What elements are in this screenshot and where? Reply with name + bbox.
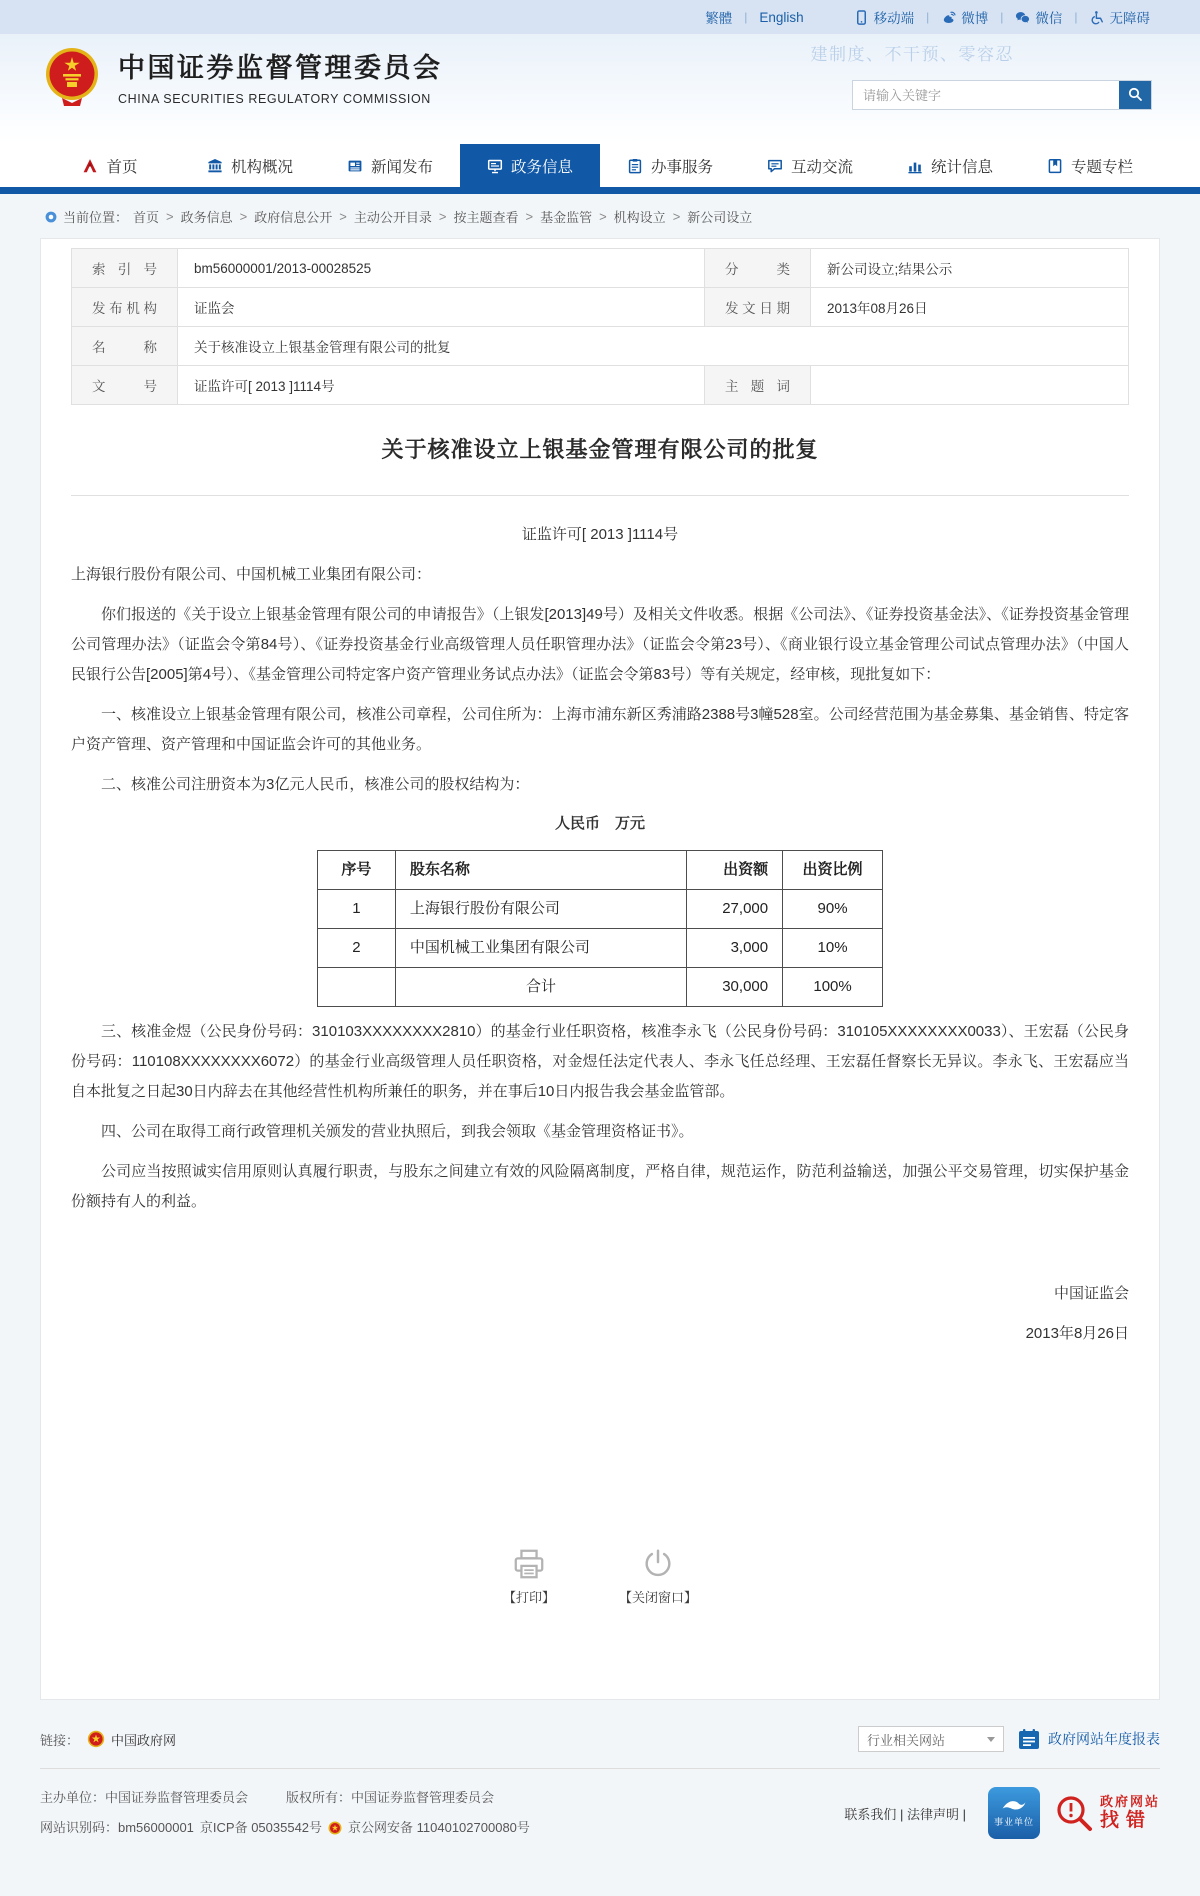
lang-traditional-link[interactable]: 繁體: [705, 7, 732, 27]
monitor-icon: [487, 158, 503, 174]
phone-icon: [854, 10, 869, 25]
news-icon: [347, 158, 363, 174]
site-header: 中国证券监督管理委员会 CHINA SECURITIES REGULATORY …: [0, 34, 1200, 144]
chevron-down-icon: [987, 1737, 995, 1742]
paragraph: 三、核准金煜（公民身份号码：310103XXXXXXXX2810）的基金行业任职…: [71, 1017, 1129, 1107]
site-code-text: 网站识别码：bm56000001: [40, 1813, 194, 1843]
nav-item-special-topics[interactable]: 专题专栏: [1020, 144, 1160, 187]
breadcrumb-link[interactable]: 机构设立: [614, 207, 666, 226]
meta-value-date: 2013年08月26日: [811, 288, 1129, 327]
weibo-link[interactable]: 微博: [941, 7, 988, 27]
footer-links-row: 链接： 中国政府网 行业相关网站 政府网站年度报表: [40, 1726, 1160, 1752]
paragraph: 公司应当按照诚实信用原则认真履行职责，与股东之间建立有效的风险隔离制度，严格自律…: [71, 1157, 1129, 1217]
site-search: [852, 80, 1152, 110]
sponsor-text: 主办单位：中国证券监督管理委员会: [40, 1783, 248, 1813]
document-card: 索引号 bm56000001/2013-00028525 分类 新公司设立;结果…: [40, 238, 1160, 1700]
meta-value-index: bm56000001/2013-00028525: [178, 249, 705, 288]
report-icon: [1018, 1728, 1040, 1750]
salutation: 上海银行股份有限公司、中国机械工业集团有限公司：: [71, 560, 1129, 590]
document-number: 证监许可[ 2013 ]1114号: [71, 520, 1129, 550]
chat-icon: [767, 158, 783, 174]
wechat-icon: [1015, 10, 1030, 25]
main-navigation: 首页 机构概况 新闻发布 政务信息 办事服务: [0, 144, 1200, 187]
industry-sites-select[interactable]: 行业相关网站: [858, 1726, 1004, 1752]
breadcrumb: 当前位置： 首页 > 政务信息 > 政府信息公开 > 主动公开目录 > 按主题查…: [40, 194, 1160, 238]
national-emblem-icon: [40, 44, 104, 108]
site-slogan: 建制度、不干预、零容忍: [811, 40, 1015, 65]
breadcrumb-link[interactable]: 政务信息: [181, 207, 233, 226]
site-subtitle: CHINA SECURITIES REGULATORY COMMISSION: [118, 92, 443, 106]
breadcrumb-link[interactable]: 政府信息公开: [254, 207, 332, 226]
document-title: 关于核准设立上银基金管理有限公司的批复: [71, 435, 1129, 465]
close-window-button[interactable]: 【关闭窗口】: [619, 1547, 697, 1606]
nav-item-about[interactable]: 机构概况: [180, 144, 320, 187]
csrc-logo-icon: [82, 158, 98, 174]
accessibility-link[interactable]: 无障碍: [1090, 7, 1151, 27]
breadcrumb-link[interactable]: 新公司设立: [687, 207, 752, 226]
topbar-divider: |: [1000, 10, 1003, 24]
table-header: 出资额: [687, 851, 783, 890]
bar-chart-icon: [907, 158, 923, 174]
meta-value-category: 新公司设立;结果公示: [811, 249, 1129, 288]
table-total-row: 合计 30,000 100%: [318, 968, 883, 1007]
wechat-link[interactable]: 微信: [1015, 7, 1062, 27]
breadcrumb-link[interactable]: 主动公开目录: [354, 207, 432, 226]
shareholder-table: 序号 股东名称 出资额 出资比例 1 上海银行股份有限公司 27,000 90%…: [317, 850, 883, 1007]
gov-site-link[interactable]: 中国政府网: [87, 1730, 176, 1749]
meta-label-date: 发文日期: [705, 288, 811, 327]
print-button[interactable]: 【打印】: [503, 1547, 555, 1606]
nav-item-services[interactable]: 办事服务: [600, 144, 740, 187]
meta-value-doc-no: 证监许可[ 2013 ]1114号: [178, 366, 705, 405]
magnifier-error-icon: [1054, 1793, 1094, 1833]
weibo-icon: [941, 10, 956, 25]
power-icon: [641, 1547, 675, 1581]
document-actions: 【打印】 【关闭窗口】: [71, 1547, 1129, 1606]
breadcrumb-link[interactable]: 按主题查看: [453, 207, 518, 226]
currency-unit-note: 人民币 万元: [71, 810, 1129, 838]
nav-item-news[interactable]: 新闻发布: [320, 144, 460, 187]
table-header: 股东名称: [395, 851, 686, 890]
national-emblem-icon: [87, 1730, 105, 1748]
meta-value-publisher: 证监会: [178, 288, 705, 327]
paragraph: 四、公司在取得工商行政管理机关颁发的营业执照后，到我会领取《基金管理资格证书》。: [71, 1117, 1129, 1147]
meta-value-subject: [811, 366, 1129, 405]
lang-english-link[interactable]: English: [759, 10, 803, 25]
meta-label-category: 分类: [705, 249, 811, 288]
nav-item-home[interactable]: 首页: [40, 144, 180, 187]
clipboard-icon: [627, 158, 643, 174]
meta-label-index: 索引号: [72, 249, 178, 288]
paragraph: 你们报送的《关于设立上银基金管理有限公司的申请报告》（上银发[2013]49号）…: [71, 600, 1129, 690]
meta-label-subject: 主题词: [705, 366, 811, 405]
breadcrumb-link[interactable]: 基金监管: [540, 207, 592, 226]
location-pin-icon: [44, 210, 58, 224]
search-button[interactable]: [1119, 81, 1151, 109]
wheelchair-icon: [1090, 10, 1105, 25]
signature-date: 2013年8月26日: [71, 1319, 1129, 1349]
mobile-link[interactable]: 移动端: [854, 7, 915, 27]
meta-label-name: 名称: [72, 327, 178, 366]
site-title: 中国证券监督管理委员会: [118, 46, 443, 85]
copyright-text: 版权所有：中国证券监督管理委员会: [286, 1783, 494, 1813]
document-meta-table: 索引号 bm56000001/2013-00028525 分类 新公司设立;结果…: [71, 248, 1129, 405]
printer-icon: [512, 1547, 546, 1581]
table-row: 1 上海银行股份有限公司 27,000 90%: [318, 890, 883, 929]
bookmark-icon: [1047, 158, 1063, 174]
institution-badge-icon: [999, 1798, 1029, 1812]
site-logo: 中国证券监督管理委员会 CHINA SECURITIES REGULATORY …: [40, 44, 443, 108]
title-divider: [71, 495, 1129, 496]
signature-org: 中国证监会: [71, 1279, 1129, 1309]
meta-label-publisher: 发布机构: [72, 288, 178, 327]
breadcrumb-prefix: 当前位置：: [63, 207, 128, 226]
contact-legal-links[interactable]: 联系我们 | 法律声明 |: [844, 1804, 966, 1823]
institution-badge[interactable]: 事业单位: [988, 1787, 1040, 1839]
nav-item-statistics[interactable]: 统计信息: [880, 144, 1020, 187]
footer-divider: [40, 1768, 1160, 1769]
utility-topbar: 繁體 | English 移动端 | 微博 | 微信 | 无障碍: [0, 0, 1200, 34]
search-input[interactable]: [853, 81, 1119, 109]
topbar-divider: |: [744, 10, 747, 24]
search-icon: [1127, 86, 1143, 105]
topbar-divider: |: [1074, 10, 1077, 24]
meta-label-doc-no: 文号: [72, 366, 178, 405]
links-label: 链接：: [40, 1730, 79, 1749]
nav-item-interaction[interactable]: 互动交流: [740, 144, 880, 187]
find-error-badge[interactable]: 政府网站 找错: [1054, 1793, 1160, 1833]
nav-item-government-info[interactable]: 政务信息: [460, 144, 600, 187]
footer-strip: 主办单位：中国证券监督管理委员会 版权所有：中国证券监督管理委员会 网站识别码：…: [40, 1783, 1160, 1843]
annual-report-link[interactable]: 政府网站年度报表: [1018, 1728, 1160, 1750]
psb-link[interactable]: 京公网安备 11040102700080号: [348, 1813, 530, 1843]
breadcrumb-link[interactable]: 首页: [133, 207, 159, 226]
document-body: 上海银行股份有限公司、中国机械工业集团有限公司： 你们报送的《关于设立上银基金管…: [71, 560, 1129, 1217]
table-header: 序号: [318, 851, 396, 890]
paragraph: 二、核准公司注册资本为3亿元人民币，核准公司的股权结构为：: [71, 770, 1129, 800]
bank-icon: [207, 158, 223, 174]
paragraph: 一、核准设立上银基金管理有限公司，核准公司章程，公司住所为：上海市浦东新区秀浦路…: [71, 700, 1129, 760]
icp-text: 京ICP备 05035542号: [200, 1813, 322, 1843]
table-row: 2 中国机械工业集团有限公司 3,000 10%: [318, 929, 883, 968]
topbar-divider: |: [926, 10, 929, 24]
meta-value-name: 关于核准设立上银基金管理有限公司的批复: [178, 327, 1129, 366]
table-header: 出资比例: [783, 851, 883, 890]
nav-accent-bar: [0, 187, 1200, 194]
signature-block: 中国证监会 2013年8月26日: [71, 1279, 1129, 1349]
psb-badge-icon: [328, 1821, 342, 1835]
